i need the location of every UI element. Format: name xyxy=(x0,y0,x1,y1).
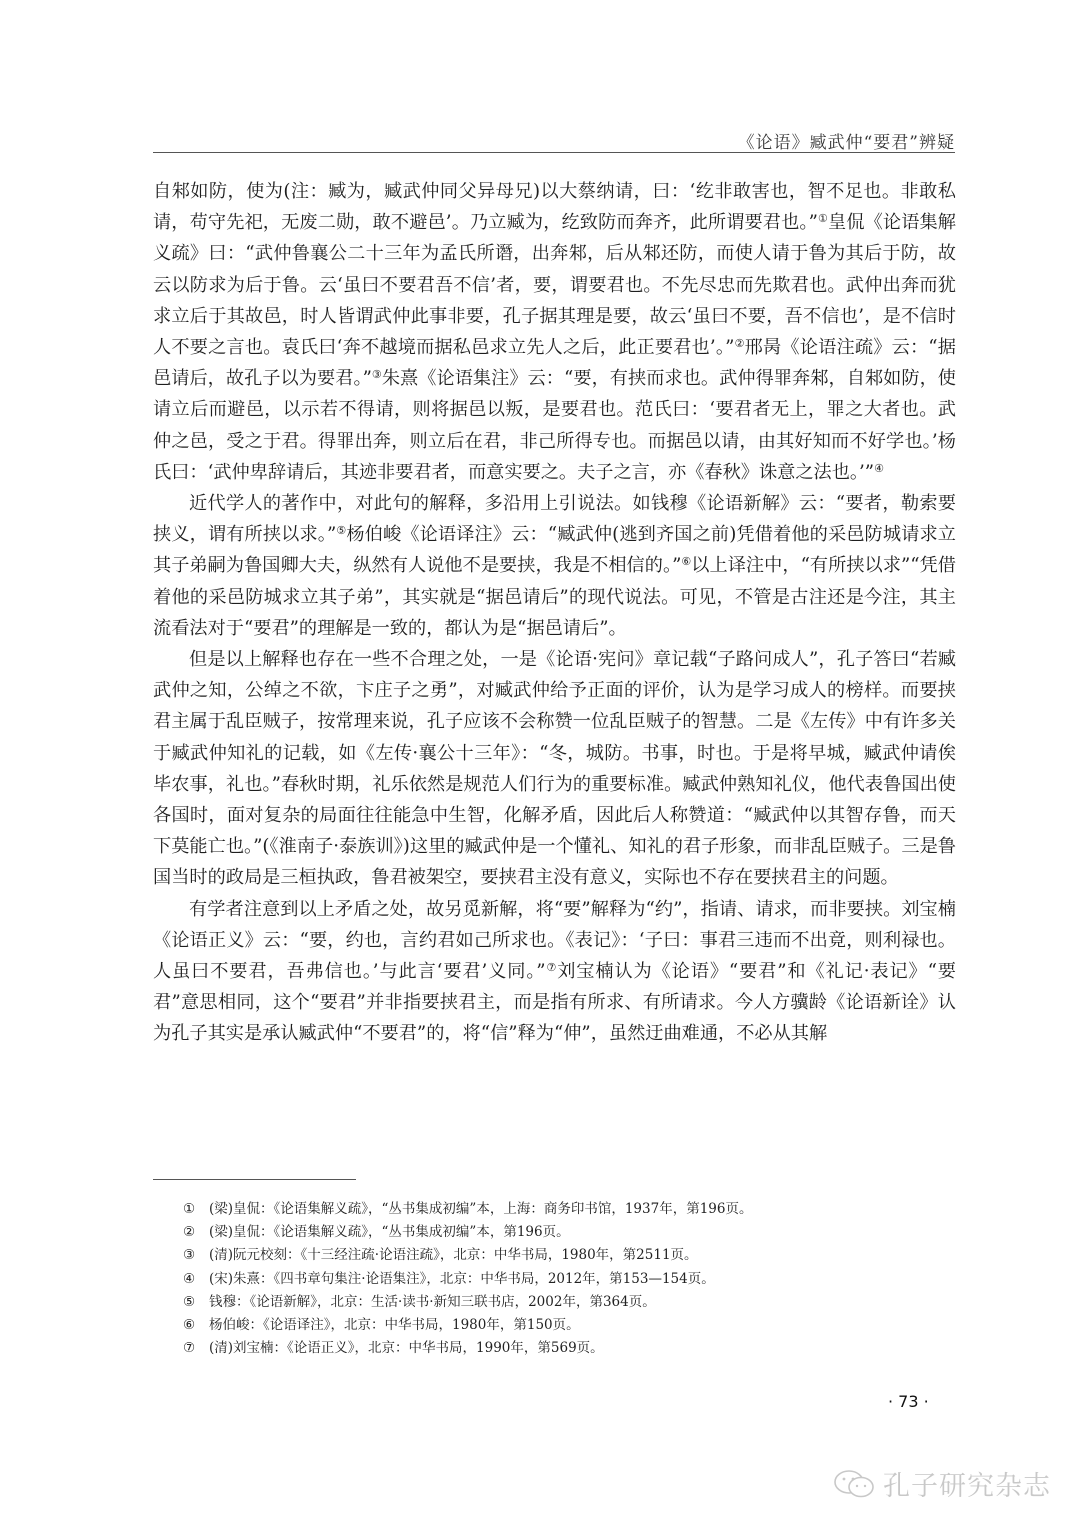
footnote-number: ⑤ xyxy=(183,1291,209,1314)
watermark-text: 孔子研究杂志 xyxy=(883,1464,1051,1503)
footnote-item: ①(梁)皇侃：《论语集解义疏》，“丛书集成初编”本，上海：商务印书馆，1937年… xyxy=(183,1198,943,1221)
footnote-ref[interactable]: ③ xyxy=(372,368,382,381)
footnote-item: ③(清)阮元校刻：《十三经注疏·论语注疏》，北京：中华书局，1980年，第251… xyxy=(183,1244,943,1267)
footnote-text: 杨伯峻：《论语译注》，北京：中华书局，1980年，第150页。 xyxy=(209,1314,580,1337)
footnotes: ①(梁)皇侃：《论语集解义疏》，“丛书集成初编”本，上海：商务印书馆，1937年… xyxy=(183,1198,943,1360)
footnote-ref[interactable]: ⑦ xyxy=(546,961,558,974)
footnote-item: ⑦(清)刘宝楠：《论语正义》，北京：中华书局，1990年，第569页。 xyxy=(183,1337,943,1360)
footnote-text: (清)阮元校刻：《十三经注疏·论语注疏》，北京：中华书局，1980年，第2511… xyxy=(209,1244,698,1267)
footnote-number: ③ xyxy=(183,1244,209,1267)
footnote-item: ②(梁)皇侃：《论语集解义疏》，“丛书集成初编”本，第196页。 xyxy=(183,1221,943,1244)
footnote-text: (梁)皇侃：《论语集解义疏》，“丛书集成初编”本，第196页。 xyxy=(209,1221,570,1244)
wechat-icon xyxy=(833,1469,877,1499)
watermark: 孔子研究杂志 xyxy=(833,1464,1051,1503)
footnote-ref[interactable]: ① xyxy=(818,212,828,225)
footnote-number: ② xyxy=(183,1221,209,1244)
footnote-ref[interactable]: ② xyxy=(734,337,744,350)
footnote-item: ④(宋)朱熹：《四书章句集注·论语集注》，北京：中华书局，2012年，第153—… xyxy=(183,1268,943,1291)
footnote-ref[interactable]: ⑤ xyxy=(336,524,346,537)
footnote-number: ④ xyxy=(183,1268,209,1291)
paragraph: 自邾如防，使为(注：臧为，臧武仲同父异母兄)以大蔡纳请，曰：‘纥非敢害也，智不足… xyxy=(153,176,956,488)
running-title: 《论语》臧武仲“要君”辨疑 xyxy=(738,128,955,153)
footnote-item: ⑤钱穆：《论语新解》，北京：生活·读书·新知三联书店，2002年，第364页。 xyxy=(183,1291,943,1314)
paragraph: 有学者注意到以上矛盾之处，故另觅新解，将“要”解释为“约”，指请、请求，而非要挟… xyxy=(153,894,956,1050)
footnote-number: ⑦ xyxy=(183,1337,209,1360)
footnote-text: (清)刘宝楠：《论语正义》，北京：中华书局，1990年，第569页。 xyxy=(209,1337,604,1360)
text-segment: 但是以上解释也存在一些不合理之处，一是《论语·宪问》章记载“子路问成人”，孔子答… xyxy=(153,649,956,888)
footnote-item: ⑥杨伯峻：《论语译注》，北京：中华书局，1980年，第150页。 xyxy=(183,1314,943,1337)
footnote-text: (梁)皇侃：《论语集解义疏》，“丛书集成初编”本，上海：商务印书馆，1937年，… xyxy=(209,1198,752,1221)
paragraph: 近代学人的著作中，对此句的解释，多沿用上引说法。如钱穆《论语新解》云：“要者，勒… xyxy=(153,488,956,644)
page-header: 《论语》臧武仲“要君”辨疑 xyxy=(153,128,955,153)
footnote-number: ① xyxy=(183,1198,209,1221)
footnote-ref[interactable]: ⑥ xyxy=(681,555,691,568)
footnote-text: (宋)朱熹：《四书章句集注·论语集注》，北京：中华书局，2012年，第153—1… xyxy=(209,1268,715,1291)
page-number: · 73 · xyxy=(888,1392,929,1411)
footnote-separator xyxy=(153,1179,356,1180)
footnote-number: ⑥ xyxy=(183,1314,209,1337)
article-body: 自邾如防，使为(注：臧为，臧武仲同父异母兄)以大蔡纳请，曰：‘纥非敢害也，智不足… xyxy=(153,176,956,1050)
footnote-text: 钱穆：《论语新解》，北京：生活·读书·新知三联书店，2002年，第364页。 xyxy=(209,1291,656,1314)
footnote-ref[interactable]: ④ xyxy=(874,462,884,475)
paragraph: 但是以上解释也存在一些不合理之处，一是《论语·宪问》章记载“子路问成人”，孔子答… xyxy=(153,644,956,894)
